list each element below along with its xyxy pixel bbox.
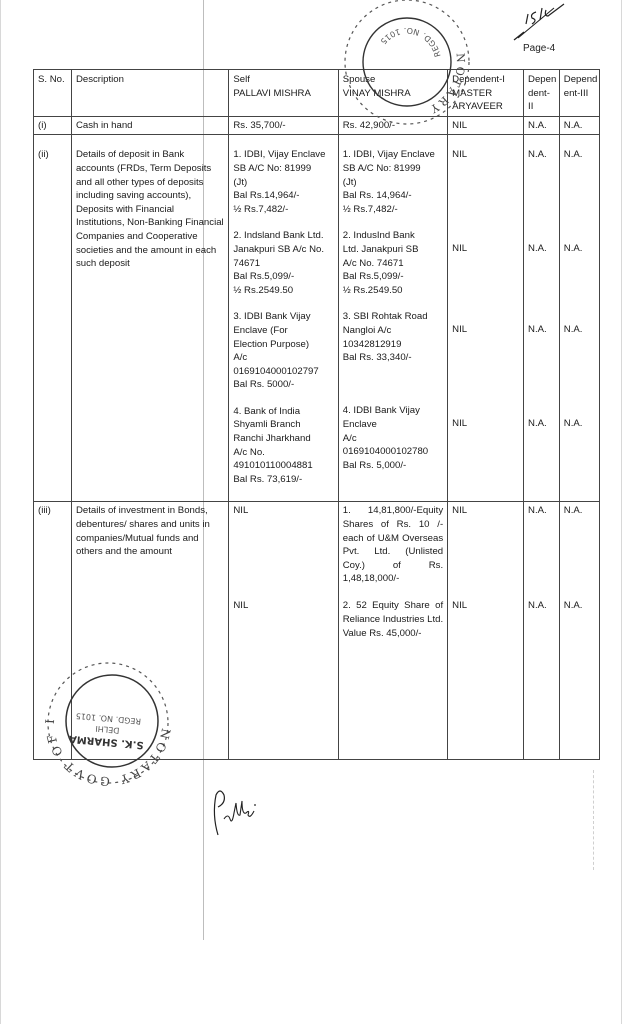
cell-spouse: Rs. 42,900/- bbox=[338, 116, 447, 135]
table-header-row: S. No. Description Self PALLAVI MISHRA S… bbox=[34, 70, 600, 117]
cell-self: Rs. 35,700/- bbox=[229, 116, 338, 135]
deposit-dep3: N.A. bbox=[564, 323, 595, 404]
header-spouse-name: VINAY MISHRA bbox=[343, 87, 443, 101]
deposit-dep2: N.A. bbox=[528, 323, 555, 404]
table-row-cash: (i) Cash in hand Rs. 35,700/- Rs. 42,900… bbox=[34, 116, 600, 135]
header-sno: S. No. bbox=[34, 70, 72, 117]
header-dep1-name-2: ARYAVEER bbox=[452, 100, 519, 114]
header-dependent-2: Depen dent-II bbox=[524, 70, 560, 117]
investment-dep2: N.A. bbox=[528, 504, 555, 586]
investment-dep1: NIL bbox=[452, 504, 519, 586]
investment-dep3: N.A. bbox=[564, 599, 595, 613]
header-dependent-3: Depend ent-III bbox=[559, 70, 599, 117]
investment-self: NIL bbox=[233, 599, 333, 613]
header-spouse-label: Spouse bbox=[343, 73, 443, 87]
deposit-entry: 1. IDBI, Vijay Enclave SB A/C No: 81999 … bbox=[343, 148, 443, 216]
deposit-entry: 4. Bank of India Shyamli Branch Ranchi J… bbox=[233, 405, 333, 487]
cell-dep2: N.A. N.A. N.A. N.A. bbox=[524, 135, 560, 502]
page-number: Page-4 bbox=[523, 43, 555, 54]
cell-dep1: NIL bbox=[448, 116, 524, 135]
investment-self: NIL bbox=[233, 504, 333, 586]
cell-spouse: 1. 14,81,800/-Equity Shares of Rs. 10 /-… bbox=[338, 502, 447, 760]
deposit-dep2: N.A. bbox=[528, 242, 555, 310]
cell-spouse: 1. IDBI, Vijay Enclave SB A/C No: 81999 … bbox=[338, 135, 447, 502]
cell-sno: (i) bbox=[34, 116, 72, 135]
deposit-dep1: NIL bbox=[452, 242, 519, 310]
header-self-name: PALLAVI MISHRA bbox=[233, 87, 333, 101]
cell-description: Cash in hand bbox=[71, 116, 228, 135]
deposit-entry: 2. IndusInd Bank Ltd. Janakpuri SB A/c N… bbox=[343, 229, 443, 297]
deposit-entry: 3. SBI Rohtak Road Nangloi A/c 103428129… bbox=[343, 310, 443, 391]
svg-text:REGD. NO. 1015: REGD. NO. 1015 bbox=[376, 20, 443, 67]
header-spouse: Spouse VINAY MISHRA bbox=[338, 70, 447, 117]
deposit-dep2: N.A. bbox=[528, 148, 555, 229]
signature-icon bbox=[210, 785, 260, 840]
deposit-dep3: N.A. bbox=[564, 242, 595, 310]
cell-description: Details of investment in Bonds, debentur… bbox=[71, 502, 228, 760]
investment-entry: 1. 14,81,800/-Equity Shares of Rs. 10 /-… bbox=[343, 504, 443, 586]
cell-dep1: NIL NIL bbox=[448, 502, 524, 760]
cell-dep3: N.A. bbox=[559, 116, 599, 135]
investment-dep2: N.A. bbox=[528, 599, 555, 613]
deposit-dep3: N.A. bbox=[564, 148, 595, 229]
cell-dep1: NIL NIL NIL NIL bbox=[448, 135, 524, 502]
cell-dep3: N.A. N.A. bbox=[559, 502, 599, 760]
cell-self: 1. IDBI, Vijay Enclave SB A/C No: 81999 … bbox=[229, 135, 338, 502]
investment-dep3: N.A. bbox=[564, 504, 595, 586]
cell-dep3: N.A. N.A. N.A. N.A. bbox=[559, 135, 599, 502]
cell-sno: (iii) bbox=[34, 502, 72, 760]
cell-sno: (ii) bbox=[34, 135, 72, 502]
investment-entry: 2. 52 Equity Share of Reliance Industrie… bbox=[343, 599, 443, 640]
deposit-dep1: NIL bbox=[452, 148, 519, 229]
deposit-dep3: N.A. bbox=[564, 417, 595, 431]
declaration-table: S. No. Description Self PALLAVI MISHRA S… bbox=[33, 69, 600, 760]
investment-dep1: NIL bbox=[452, 599, 519, 613]
deposit-entry: 4. IDBI Bank Vijay Enclave A/c 016910400… bbox=[343, 404, 443, 472]
deposit-dep1: NIL bbox=[452, 323, 519, 404]
deposit-entry: 1. IDBI, Vijay Enclave SB A/C No: 81999 … bbox=[233, 148, 333, 216]
cell-dep2: N.A. N.A. bbox=[524, 502, 560, 760]
scan-dash-line bbox=[593, 770, 595, 870]
cell-self: NIL NIL bbox=[229, 502, 338, 760]
table-row-investments: (iii) Details of investment in Bonds, de… bbox=[34, 502, 600, 760]
cell-dep2: N.A. bbox=[524, 116, 560, 135]
header-dependent-1: Dependent-I MASTER ARYAVEER bbox=[448, 70, 524, 117]
header-dep1-label: Dependent-I bbox=[452, 73, 519, 87]
header-self-label: Self bbox=[233, 73, 333, 87]
header-self: Self PALLAVI MISHRA bbox=[229, 70, 338, 117]
page-edge-left bbox=[0, 0, 1, 1024]
deposit-dep2: N.A. bbox=[528, 417, 555, 431]
cell-description: Details of deposit in Bank accounts (FRD… bbox=[71, 135, 228, 502]
deposit-entry: 3. IDBI Bank Vijay Enclave (For Election… bbox=[233, 310, 333, 392]
deposit-entry: 2. Indsland Bank Ltd. Janakpuri SB A/c N… bbox=[233, 229, 333, 297]
table-row-deposits: (ii) Details of deposit in Bank accounts… bbox=[34, 135, 600, 502]
handwritten-initials-icon bbox=[510, 2, 570, 42]
header-description: Description bbox=[71, 70, 228, 117]
header-dep1-name-1: MASTER bbox=[452, 87, 519, 101]
deposit-dep1: NIL bbox=[452, 417, 519, 431]
